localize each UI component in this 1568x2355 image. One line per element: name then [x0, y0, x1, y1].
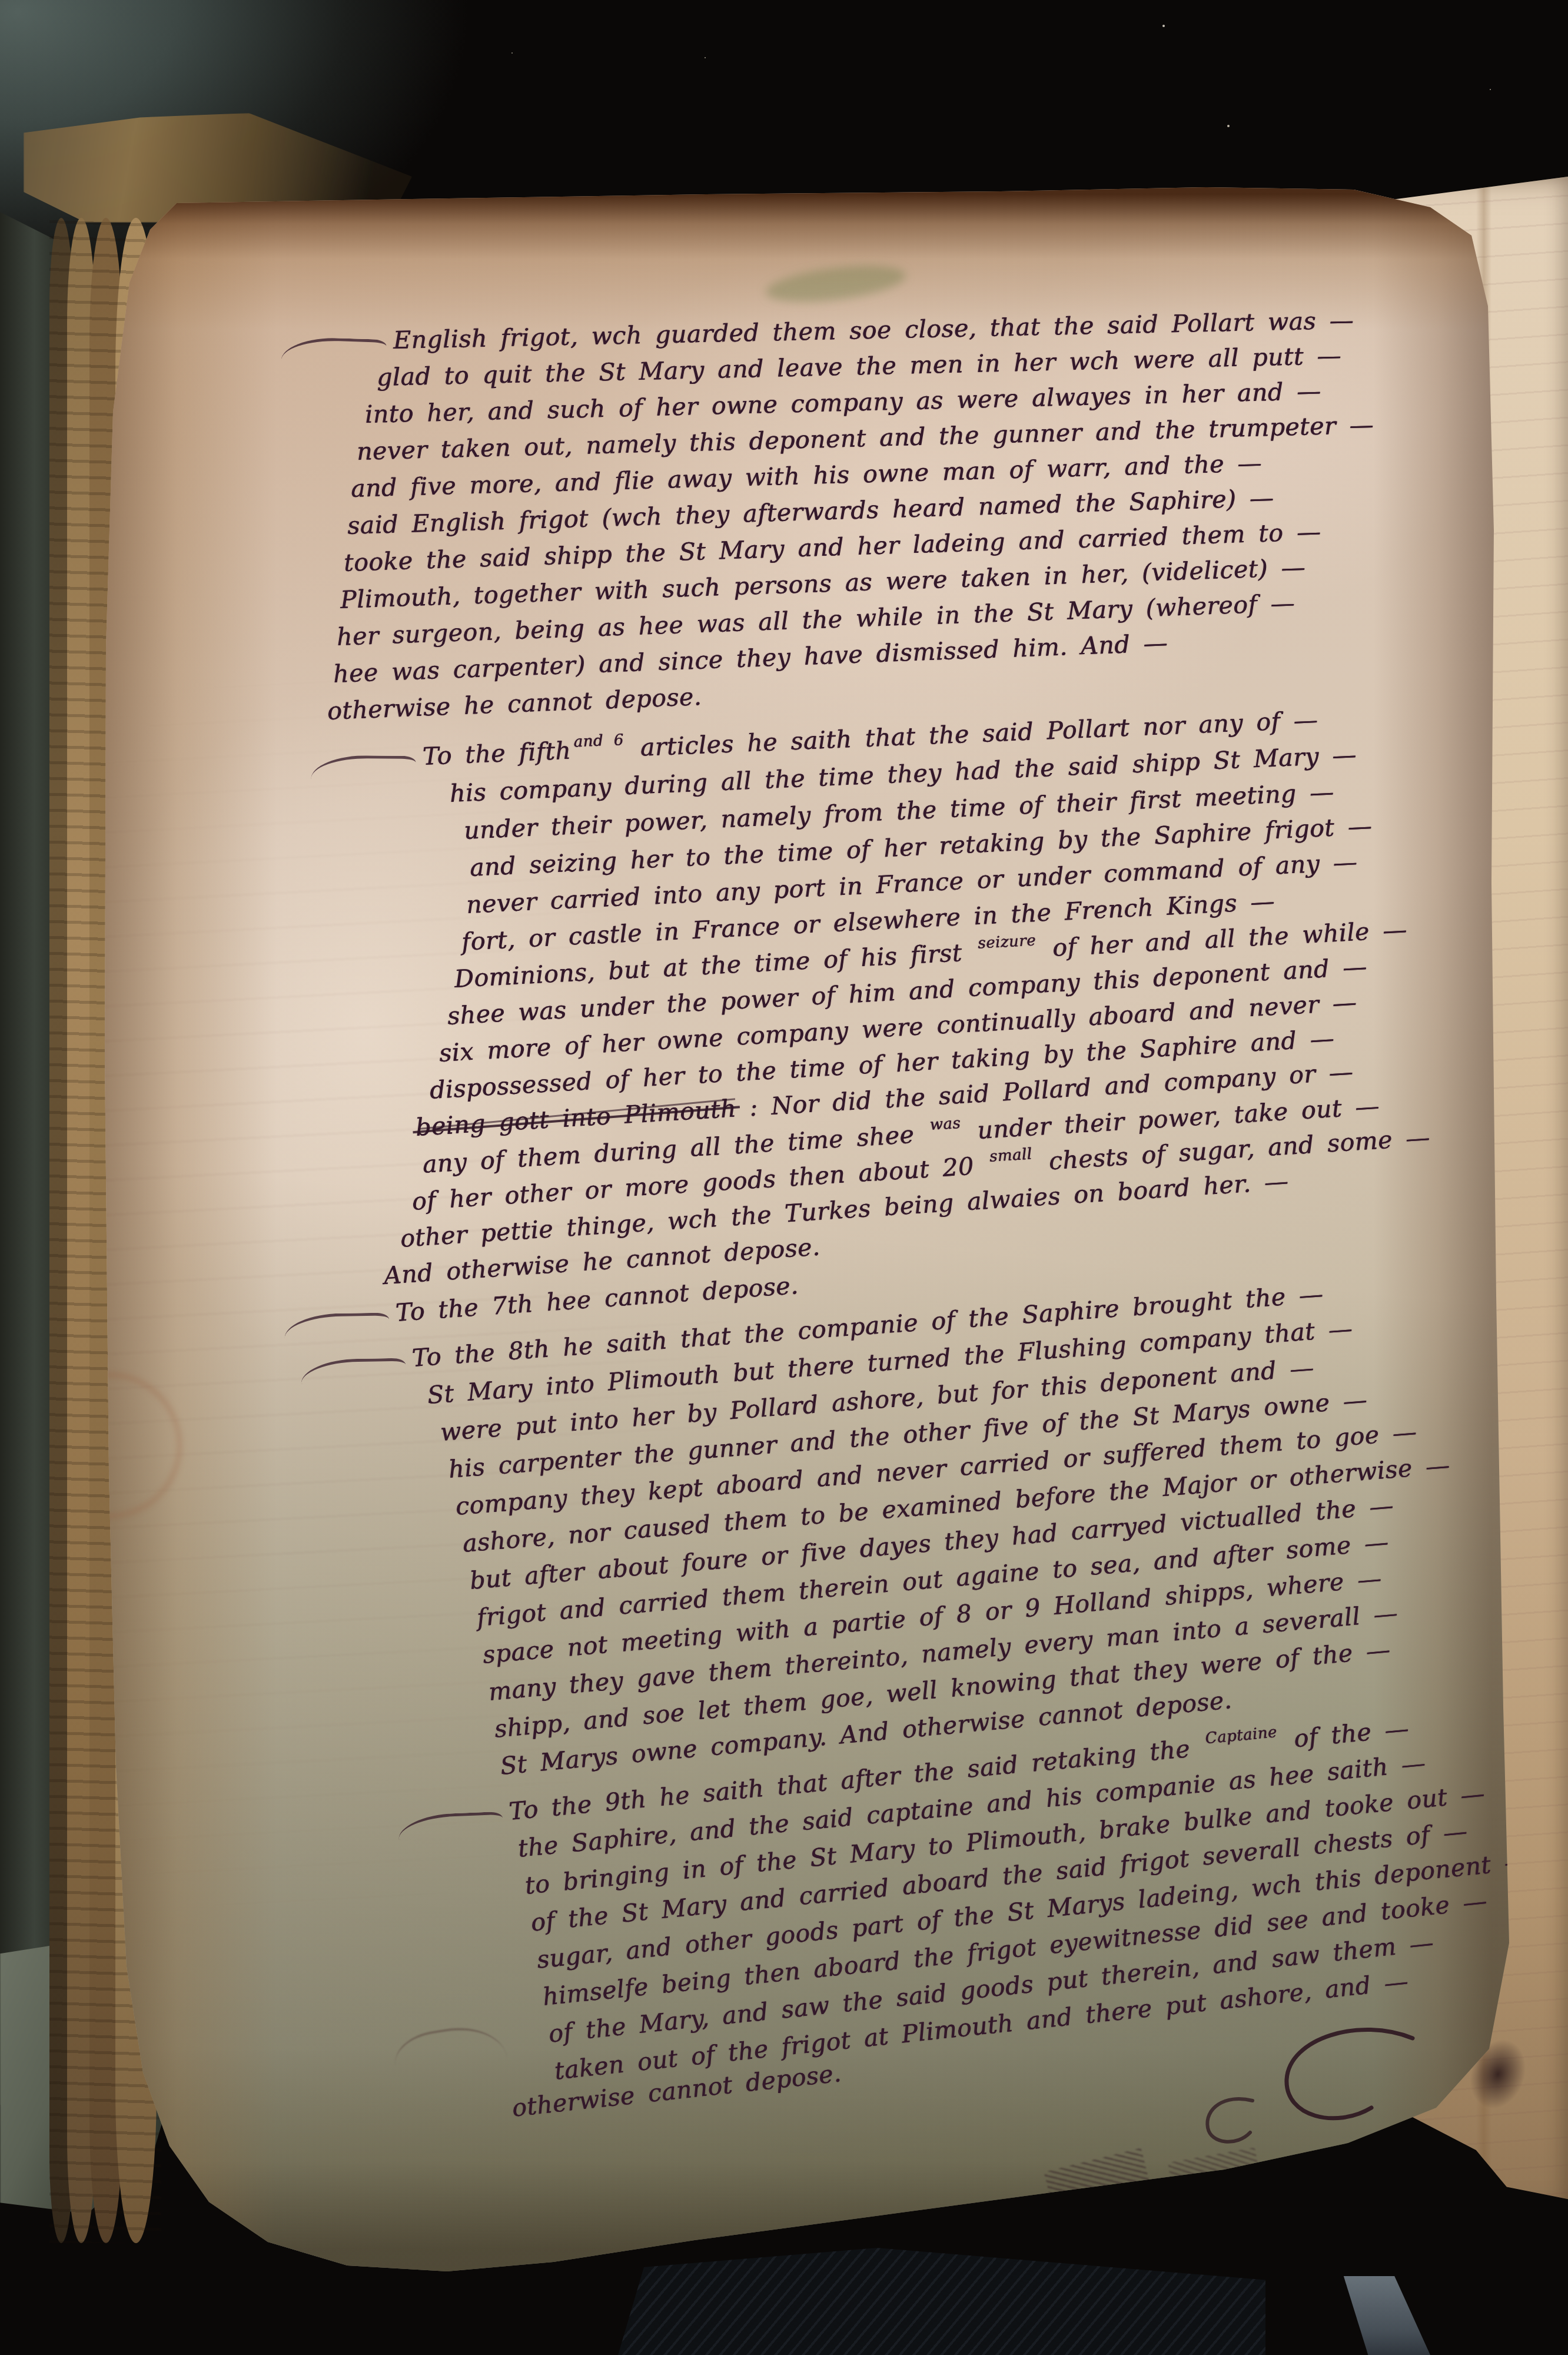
manuscript-text: English frigot, wch guarded them soe clo… — [0, 0, 1568, 2355]
manuscript-text-segment: and 6 — [573, 731, 624, 751]
manuscript-text-segment: of the — — [1280, 1714, 1410, 1754]
pen-swash — [311, 755, 416, 780]
manuscript-text-segment: small — [989, 1145, 1032, 1166]
pen-swash — [398, 1812, 503, 1840]
pen-swash — [284, 1312, 390, 1338]
grey-strap — [1336, 2276, 1430, 2355]
pen-swash — [281, 336, 387, 364]
manuscript-page: English frigot, wch guarded them soe clo… — [0, 0, 1568, 2355]
cloth-background — [618, 2248, 1265, 2355]
manuscript-text-segment: To the fifth — [422, 737, 572, 771]
dust-specks — [0, 0, 2, 2]
manuscript-text-segment: was — [929, 1115, 961, 1134]
manuscript-line: otherwise he cannot depose. — [327, 681, 702, 727]
photograph-of-manuscript: English frigot, wch guarded them soe clo… — [0, 0, 1568, 2355]
manuscript-text-segment: Captaine — [1204, 1723, 1278, 1747]
manuscript-text-segment: seizure — [977, 932, 1036, 953]
manuscript-text-segment: otherwise he cannot depose. — [327, 682, 702, 725]
pen-swash — [301, 1358, 406, 1384]
